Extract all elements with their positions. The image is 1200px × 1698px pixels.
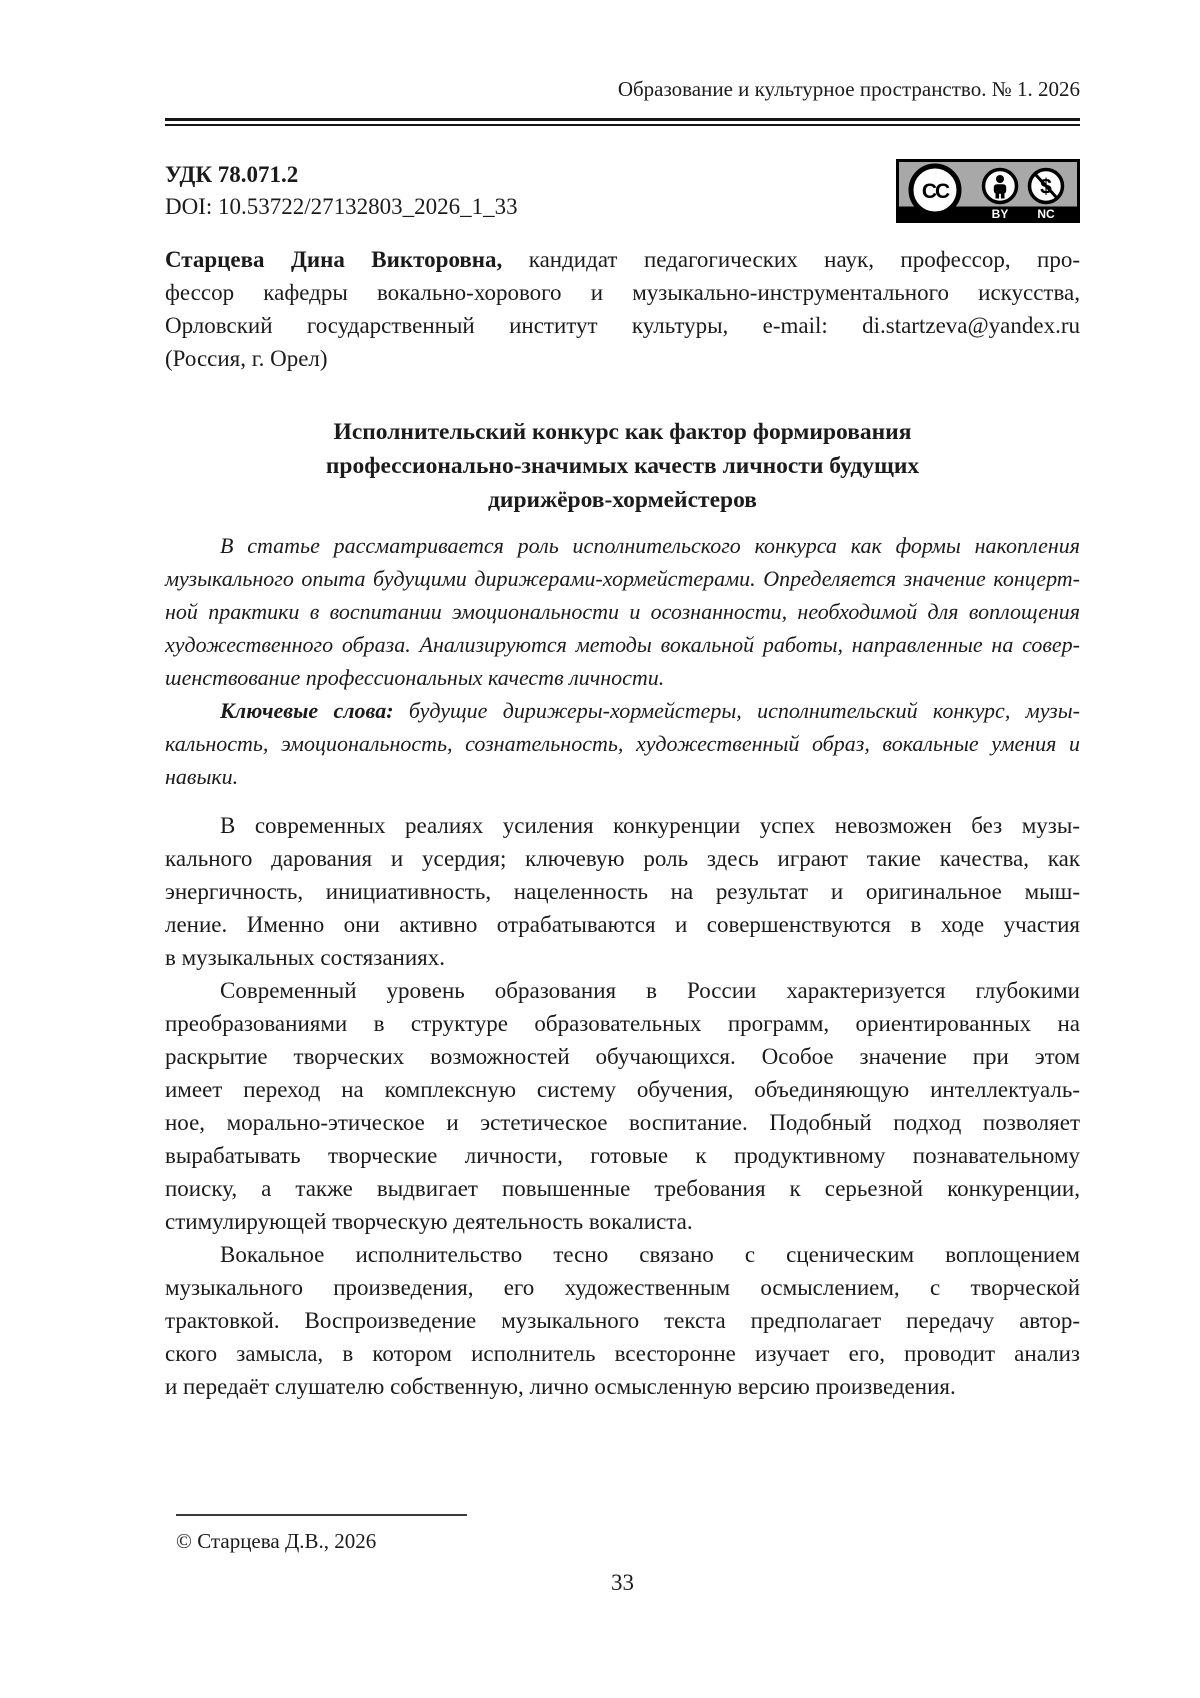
text-line: Старцева Дина Викторовна, кандидат педаг…: [165, 243, 1080, 276]
text-line: шенствование профессиональных качеств ли…: [165, 661, 1080, 694]
copyright-note: © Старцева Д.В., 2026: [176, 1528, 376, 1554]
line-lead: Старцева Дина Викторовна,: [165, 247, 502, 272]
text-line: В статье рассматривается роль исполнител…: [165, 529, 1080, 562]
line-lead: Ключевые слова:: [220, 698, 394, 723]
svg-text:BY: BY: [992, 207, 1009, 221]
text-line: Вокальное исполнительство тесно связано …: [165, 1238, 1080, 1271]
text-line: ное, морально-этическое и эстетическое в…: [165, 1106, 1080, 1139]
keywords: Ключевые слова: будущие дирижеры-хормейс…: [165, 694, 1080, 793]
cc-logo-icon: CC: [911, 166, 959, 214]
text-line: стимулирующей творческую деятельность во…: [165, 1205, 1080, 1238]
svg-text:CC: CC: [922, 180, 950, 203]
text-line: поиску, а также выдвигает повышенные тре…: [165, 1172, 1080, 1205]
abstract-keywords-section: В статье рассматривается роль исполнител…: [165, 529, 1080, 793]
text-line: ление. Именно они активно отрабатываются…: [165, 908, 1080, 941]
article-title: Исполнительский конкурс как фактор форми…: [165, 415, 1080, 517]
text-line: музыкального опыта будущими дирижерами-х…: [165, 562, 1080, 595]
document-page: Образование и культурное пространство. №…: [0, 0, 1200, 1698]
journal-header: Образование и культурное пространство. №…: [165, 0, 1080, 102]
attribution-icon: [984, 170, 1017, 203]
meta-row: УДК 78.071.2 DOI: 10.53722/27132803_2026…: [165, 159, 1080, 223]
text-line: художественного образа. Анализируются ме…: [165, 628, 1080, 661]
text-line: навыки.: [165, 760, 1080, 793]
abstract: В статье рассматривается роль исполнител…: [165, 529, 1080, 694]
text-line: Орловский государственный институт культ…: [165, 309, 1080, 342]
text-line: фессор кафедры вокально-хорового и музык…: [165, 276, 1080, 309]
text-line: вырабатывать творческие личности, готовы…: [165, 1139, 1080, 1172]
text-line: энергичность, инициативность, нацеленнос…: [165, 875, 1080, 908]
author-info: Старцева Дина Викторовна, кандидат педаг…: [165, 243, 1080, 375]
text-line: трактовкой. Воспроизведение музыкального…: [165, 1304, 1080, 1337]
text-line: Ключевые слова: будущие дирижеры-хормейс…: [165, 694, 1080, 727]
page-number: 33: [165, 1570, 1080, 1596]
article-meta: УДК 78.071.2 DOI: 10.53722/27132803_2026…: [165, 159, 518, 223]
text-line: имеет переход на комплексную систему обу…: [165, 1073, 1080, 1106]
udk-label: УДК 78.071.2: [165, 159, 518, 191]
footnote-rule: [176, 1514, 467, 1516]
svg-text:NC: NC: [1037, 207, 1055, 221]
text-line: (Россия, г. Орел): [165, 342, 1080, 375]
text-line: музыкального произведения, его художеств…: [165, 1271, 1080, 1304]
text-line: ского замысла, в котором исполнитель все…: [165, 1337, 1080, 1370]
text-line: профессионально-значимых качеств личност…: [165, 449, 1080, 483]
text-line: кальность, эмоциональность, сознательнос…: [165, 727, 1080, 760]
page-content: Образование и культурное пространство. №…: [165, 0, 1080, 1403]
body-paragraph: Современный уровень образования в России…: [165, 974, 1080, 1238]
text-line: ной практики в воспитании эмоциональност…: [165, 595, 1080, 628]
text-line: дирижёров-хормейстеров: [165, 483, 1080, 517]
text-line: Исполнительский конкурс как фактор форми…: [165, 415, 1080, 449]
text-line: В современных реалиях усиления конкуренц…: [165, 809, 1080, 842]
text-line: преобразованиями в структуре образовател…: [165, 1007, 1080, 1040]
text-line: Современный уровень образования в России…: [165, 974, 1080, 1007]
text-line: и передаёт слушателю собственную, лично …: [165, 1370, 1080, 1403]
journal-title: Образование и культурное пространство. №…: [618, 77, 1080, 101]
noncommercial-icon: $: [1030, 170, 1063, 203]
doi-label: DOI: 10.53722/27132803_2026_1_33: [165, 191, 518, 223]
body-paragraph: Вокальное исполнительство тесно связано …: [165, 1238, 1080, 1403]
text-line: раскрытие творческих возможностей обучаю…: [165, 1040, 1080, 1073]
header-rule: [165, 118, 1080, 126]
text-line: кального дарования и усердия; ключевую р…: [165, 842, 1080, 875]
cc-by-nc-icon: CC $ BY NC: [896, 159, 1080, 223]
body-paragraph: В современных реалиях усиления конкуренц…: [165, 809, 1080, 974]
article-body: В современных реалиях усиления конкуренц…: [165, 809, 1080, 1403]
cc-license-badge: CC $ BY NC: [896, 159, 1080, 223]
text-line: в музыкальных состязаниях.: [165, 941, 1080, 974]
